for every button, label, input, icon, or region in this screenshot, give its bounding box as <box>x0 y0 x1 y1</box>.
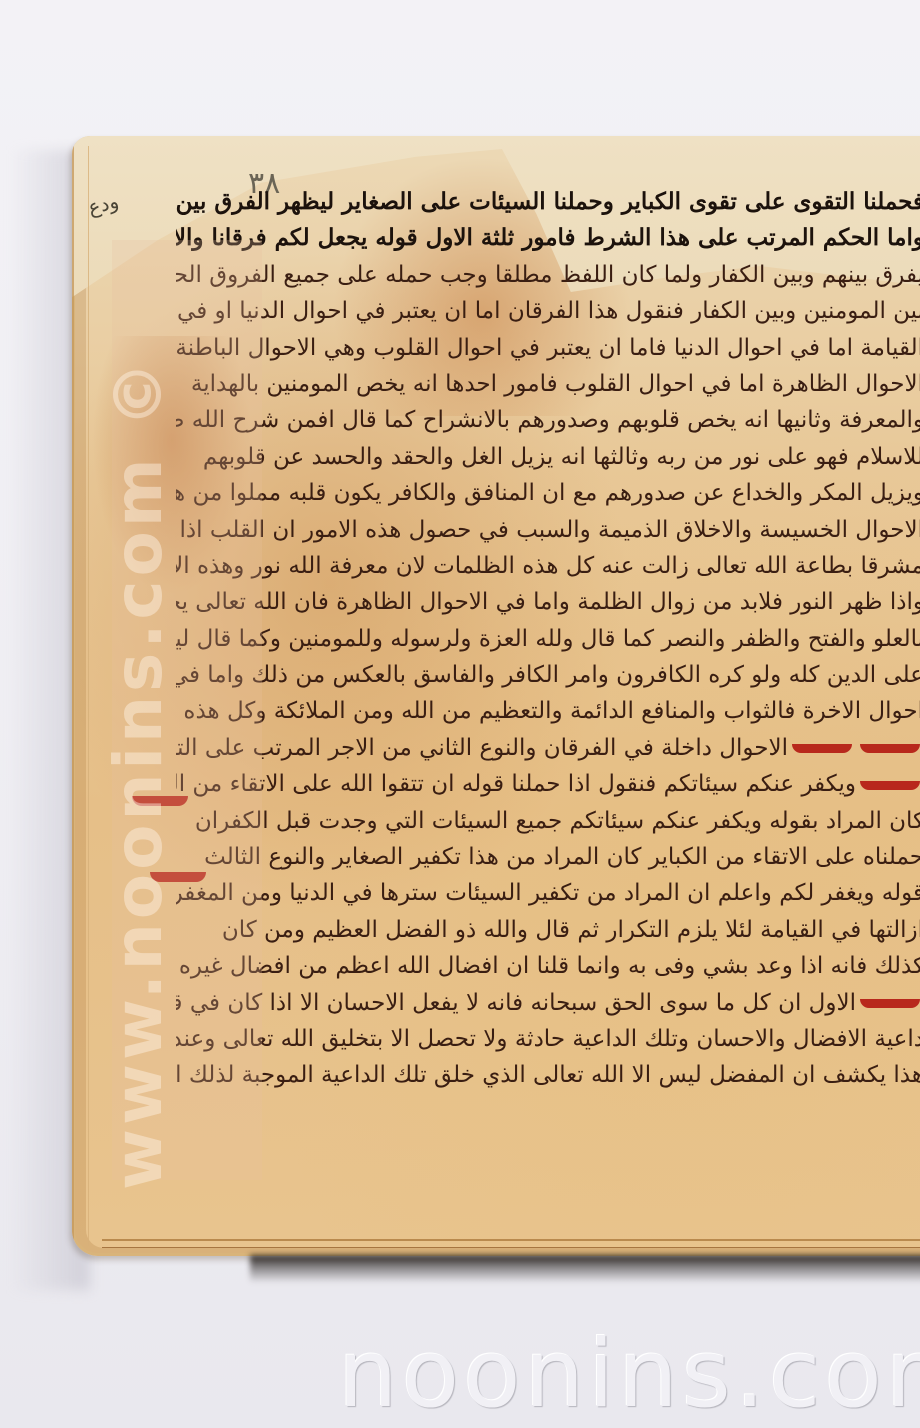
manuscript-line: ويزيل المكر والخداع عن صدورهم مع ان المن… <box>176 475 920 511</box>
line-text: الاحوال داخلة في الفرقان والنوع الثاني م… <box>176 735 788 761</box>
line-text: كان المراد بقوله ويكفر عنكم سيئاتكم جميع… <box>195 808 920 834</box>
manuscript-line: الاحوال داخلة في الفرقان والنوع الثاني م… <box>176 730 920 766</box>
manuscript-line: كذلك فانه اذا وعد بشي وفى به وانما قلنا … <box>176 948 920 984</box>
line-text: ازالتها في القيامة لئلا يلزم التكرار ثم … <box>222 917 920 943</box>
manuscript-line: حملناه على الاتقاء من الكباير كان المراد… <box>176 839 920 875</box>
line-text: واما الحكم المرتب على هذا الشرط فامور ثل… <box>176 224 920 251</box>
line-text: قوله ويغفر لكم واعلم ان المراد من تكفير … <box>176 880 920 906</box>
line-text: الاول ان كل ما سوى الحق سبحانه فانه لا ي… <box>176 990 856 1016</box>
manuscript-line: والمعرفة وثانيها انه يخص قلوبهم وصدورهم … <box>176 402 920 438</box>
rubric-mark <box>860 781 920 790</box>
line-text: داعية الافضال والاحسان وتلك الداعية حادث… <box>176 1026 920 1052</box>
line-text: القيامة اما في احوال الدنيا فاما ان يعتب… <box>176 335 920 361</box>
line-text: ويكفر عنكم سيئاتكم فنقول اذا حملنا قوله … <box>176 771 856 797</box>
manuscript-line: ازالتها في القيامة لئلا يلزم التكرار ثم … <box>176 912 920 948</box>
manuscript-line: الاحوال الظاهرة اما في احوال القلوب فامو… <box>176 366 920 402</box>
page-bottom-shadow <box>250 1255 920 1283</box>
manuscript-line: بين المومنين وبين الكفار فنقول هذا الفرق… <box>176 293 920 329</box>
manuscript-line: للاسلام فهو على نور من ربه وثالثها انه ي… <box>176 439 920 475</box>
watermark-bottom: noonins.com <box>338 1320 920 1428</box>
line-text: بين المومنين وبين الكفار فنقول هذا الفرق… <box>176 298 920 324</box>
line-text: فحملنا التقوى على تقوى الكباير وحملنا ال… <box>176 188 920 215</box>
line-text: هذا يكشف ان المفضل ليس الا الله تعالى ال… <box>176 1062 920 1088</box>
line-text: الاحوال الخسيسة والاخلاق الذميمة والسبب … <box>176 517 920 543</box>
rubric-mark <box>860 999 920 1008</box>
manuscript-line: مشرقا بطاعة الله تعالى زالت عنه كل هذه ا… <box>176 548 920 584</box>
line-text: واذا ظهر النور فلابد من زوال الظلمة واما… <box>176 589 920 615</box>
manuscript-line: داعية الافضال والاحسان وتلك الداعية حادث… <box>176 1021 920 1057</box>
manuscript-line: فحملنا التقوى على تقوى الكباير وحملنا ال… <box>176 184 920 220</box>
line-text: بالعلو والفتح والظفر والنصر كما قال ولله… <box>176 626 920 652</box>
line-text: ويزيل المكر والخداع عن صدورهم مع ان المن… <box>176 480 920 506</box>
manuscript-line: الاحوال الخسيسة والاخلاق الذميمة والسبب … <box>176 512 920 548</box>
manuscript-line: بالعلو والفتح والظفر والنصر كما قال ولله… <box>176 621 920 657</box>
rubric-mark <box>792 744 852 753</box>
manuscript-line: ويكفر عنكم سيئاتكم فنقول اذا حملنا قوله … <box>176 766 920 802</box>
rubric-mark <box>860 744 920 753</box>
page-edge-left <box>72 146 89 1246</box>
line-text: كذلك فانه اذا وعد بشي وفى به وانما قلنا … <box>176 953 920 979</box>
line-text: على الدين كله ولو كره الكافرون وامر الكا… <box>176 662 920 688</box>
line-text: حملناه على الاتقاء من الكباير كان المراد… <box>204 844 920 870</box>
line-text: للاسلام فهو على نور من ربه وثالثها انه ي… <box>203 444 920 470</box>
line-text: احوال الاخرة فالثواب والمنافع الدائمة وا… <box>183 698 920 724</box>
manuscript-text: فحملنا التقوى على تقوى الكباير وحملنا ال… <box>176 184 920 1094</box>
watermark-vertical: www.noonins.com © <box>100 357 177 1190</box>
manuscript-line: واذا ظهر النور فلابد من زوال الظلمة واما… <box>176 584 920 620</box>
manuscript-line: كان المراد بقوله ويكفر عنكم سيئاتكم جميع… <box>176 803 920 839</box>
manuscript-line: الاول ان كل ما سوى الحق سبحانه فانه لا ي… <box>176 985 920 1021</box>
manuscript-line: يفرق بينهم وبين الكفار ولما كان اللفظ مط… <box>176 257 920 293</box>
line-text: الاحوال الظاهرة اما في احوال القلوب فامو… <box>191 371 920 397</box>
line-text: مشرقا بطاعة الله تعالى زالت عنه كل هذه ا… <box>176 553 920 579</box>
line-text: يفرق بينهم وبين الكفار ولما كان اللفظ مط… <box>176 262 920 288</box>
manuscript-line: احوال الاخرة فالثواب والمنافع الدائمة وا… <box>176 693 920 729</box>
manuscript-line: قوله ويغفر لكم واعلم ان المراد من تكفير … <box>176 875 920 911</box>
manuscript-line: هذا يكشف ان المفضل ليس الا الله تعالى ال… <box>176 1057 920 1093</box>
manuscript-line: واما الحكم المرتب على هذا الشرط فامور ثل… <box>176 220 920 256</box>
manuscript-line: القيامة اما في احوال الدنيا فاما ان يعتب… <box>176 330 920 366</box>
manuscript-line: على الدين كله ولو كره الكافرون وامر الكا… <box>176 657 920 693</box>
page-edge-bottom <box>102 1239 920 1248</box>
line-text: والمعرفة وثانيها انه يخص قلوبهم وصدورهم … <box>176 407 920 433</box>
